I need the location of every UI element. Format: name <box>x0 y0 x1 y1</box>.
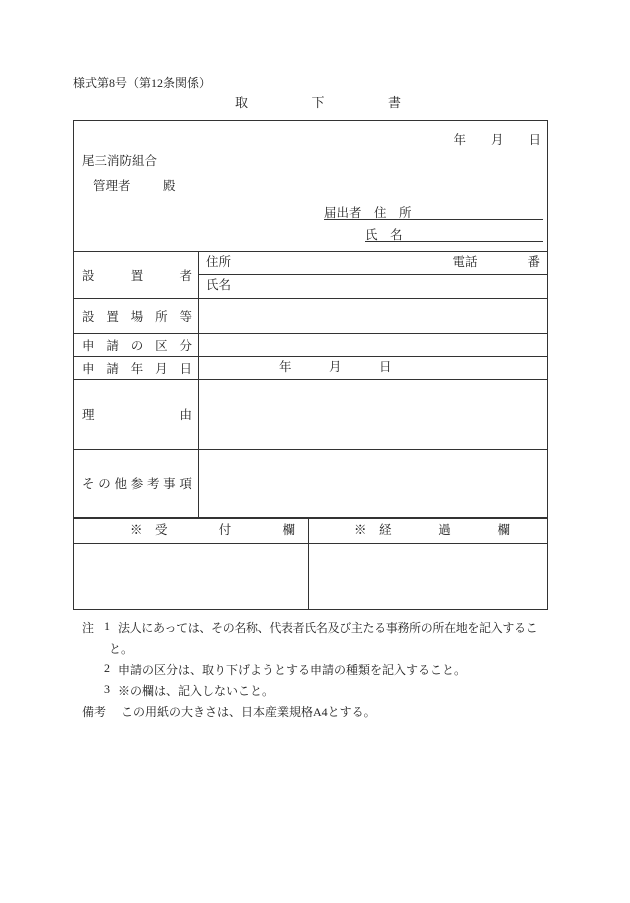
note-label: 注 <box>82 619 94 636</box>
note-3-number: 3 <box>104 682 110 697</box>
reception-header: ※ 受付欄 <box>130 523 295 539</box>
note-2-text: 申請の区分は、取り下げようとする申請の種類を記入すること。 <box>118 661 466 678</box>
installer-phone-label: 電話 番 <box>452 255 540 271</box>
note-2-number: 2 <box>104 661 110 676</box>
installer-label: 設置者 <box>82 251 192 298</box>
remark-label: 備考 <box>82 703 106 720</box>
document-page: { "form": { "number": "様式第8号（第12条関係）", "… <box>0 0 630 903</box>
date-field: 年 月 日 <box>453 133 541 149</box>
reason-field <box>199 380 547 449</box>
note-1-number: 1 <box>104 619 110 634</box>
reception-header-cell: ※ 受付欄 <box>74 519 308 543</box>
application-date-text: 年 月 日 <box>279 360 392 376</box>
progress-field <box>309 544 547 609</box>
note-1-text-line2: と。 <box>109 640 133 657</box>
reception-field <box>74 544 307 609</box>
category-label: 申請の区分 <box>82 333 192 356</box>
addressee-label: 管理者 <box>93 179 131 195</box>
progress-header: ※ 経過欄 <box>354 523 510 539</box>
installer-name-text: 氏名 <box>206 278 231 294</box>
installer-address-label: 住所 <box>206 255 231 271</box>
installer-name-label: 氏名 <box>206 274 546 298</box>
other-items-field <box>199 450 547 517</box>
category-field <box>199 334 547 356</box>
organization-name: 尾三消防組合 <box>82 154 157 170</box>
remark-text: この用紙の大きさは、日本産業規格A4とする。 <box>121 703 376 720</box>
document-title: 取下書 <box>235 95 401 111</box>
form-number: 様式第8号（第12条関係） <box>73 76 211 91</box>
note-1-text-line1: 法人にあっては、その名称、代表者氏名及び主たる事務所の所在地を記入するこ <box>118 619 537 636</box>
honorific-label: 殿 <box>163 179 176 195</box>
applicant-address-field: 届出者 住 所 <box>324 203 543 220</box>
reason-label: 理由 <box>82 379 192 449</box>
note-3-text: ※の欄は、記入しないこと。 <box>118 682 274 699</box>
other-items-label: その他参考事項 <box>82 449 192 517</box>
installer-address-row: 住所 電話 番 <box>198 251 547 274</box>
application-date-label: 申請年月日 <box>82 356 192 379</box>
application-date-value: 年 月 日 <box>279 356 392 379</box>
location-label: 設置場所等 <box>82 298 192 333</box>
location-field <box>199 299 547 333</box>
applicant-name-field: 氏 名 <box>365 225 543 242</box>
progress-header-cell: ※ 経過欄 <box>308 519 547 543</box>
form-outline-box: 年 月 日 尾三消防組合 管理者 殿 届出者 住 所 氏 名 設置者 設置場所等… <box>73 120 548 610</box>
